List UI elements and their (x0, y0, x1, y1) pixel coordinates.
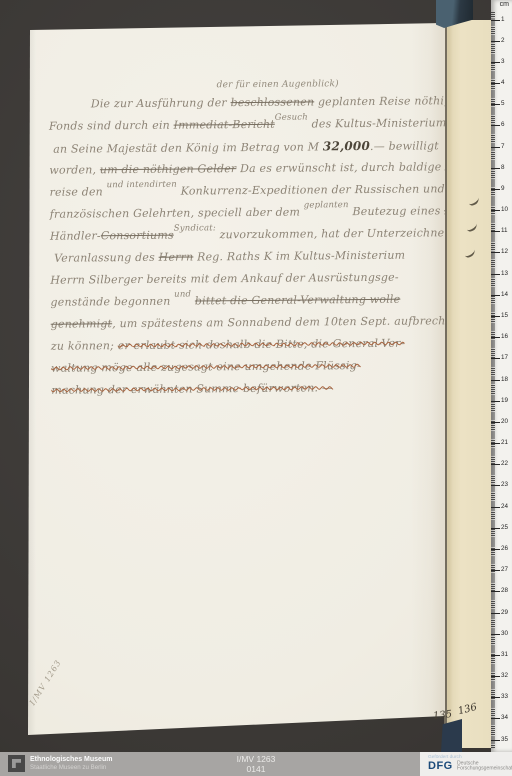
manuscript-segment: .— bewilligt (370, 139, 439, 153)
manuscript-line: machung der erwähnten Summe befürworten.… (51, 380, 449, 405)
ruler-cm-label: 28 (501, 588, 508, 594)
dfg-funded-by-label: Gefördert durch (428, 755, 495, 760)
next-page-edge (444, 20, 494, 748)
ruler-cm-tick: 15 (491, 316, 500, 317)
ruler-cm-tick: 35 (491, 740, 500, 741)
manuscript-struck-text: machung der erwähnten Summe befürworten.… (51, 381, 333, 396)
dfg-logo-row: DFG Deutsche Forschungsgemeinschaft (428, 760, 512, 772)
manuscript-segment: zuvorzukommen, hat der Unterzeichnete au… (216, 226, 478, 241)
manuscript-segment: an Seine Majestät den König im Betrag vo… (53, 140, 323, 155)
ruler-cm-tick: 23 (491, 485, 500, 486)
ruler-cm-label: 33 (501, 694, 508, 700)
ruler-cm-tick: 4 (491, 83, 500, 84)
ruler-cm-label: 29 (501, 609, 508, 615)
manuscript-struck-text: genehmigt (51, 317, 113, 331)
ruler-cm-label: 30 (501, 630, 508, 636)
manuscript-segment: des Kultus-Ministeriums (308, 116, 452, 130)
ruler-cm-label: 32 (501, 672, 508, 678)
ruler-cm-label: 19 (501, 397, 508, 403)
ruler-cm-label: 14 (501, 291, 508, 297)
ruler-cm-tick: 29 (491, 613, 500, 614)
manuscript-segment: , um spätestens am Sonnabend dem 10ten S… (112, 314, 459, 330)
manuscript-segment: genstände begonnen (50, 295, 174, 309)
ruler-cm-tick: 8 (491, 168, 500, 169)
ruler-cm-tick: 21 (491, 443, 500, 444)
ruler-cm-tick: 3 (491, 62, 500, 63)
manuscript-segment: Die zur Ausführung der (91, 96, 231, 110)
manuscript-segment: Reg. Raths K im Kultus-Ministerium (193, 249, 405, 264)
ruler-cm-label: 35 (501, 736, 508, 742)
ruler: cm 1234567891011121314151617181920212223… (491, 0, 512, 752)
ruler-cm-label: 20 (501, 418, 508, 424)
manuscript-page: der für einen Augenblick)Die zur Ausführ… (28, 23, 445, 735)
ruler-cm-label: 13 (501, 270, 508, 276)
ruler-cm-tick: 28 (491, 591, 500, 592)
ruler-cm-tick: 22 (491, 464, 500, 465)
manuscript-segment: Händler- (50, 229, 101, 242)
manuscript-segment: Beutezug eines (349, 204, 445, 218)
scan-photograph: der für einen Augenblick)Die zur Ausführ… (0, 0, 512, 752)
ruler-cm-label: 5 (501, 101, 505, 107)
manuscript-struck-text: Herrn (159, 250, 194, 263)
manuscript-segment: der für einen Augenblick) (217, 79, 339, 90)
ruler-cm-label: 31 (501, 651, 508, 657)
ruler-cm-label: 16 (501, 334, 508, 340)
ruler-cm-tick: 34 (491, 718, 500, 719)
ruler-cm-tick: 1 (491, 20, 500, 21)
manuscript-struck-text: er erlaubt sich deshalb die Bitte, die G… (118, 337, 405, 353)
ruler-cm-tick: 6 (491, 125, 500, 126)
ruler-cm-label: 6 (501, 122, 505, 128)
manuscript-segment: Veranlassung des (54, 251, 159, 265)
ruler-cm-label: 18 (501, 376, 508, 382)
manuscript-segment: geplanten Reise nöthigen (314, 94, 465, 108)
ruler-cm-tick: 32 (491, 676, 500, 677)
ruler-cm-tick: 10 (491, 210, 500, 211)
manuscript-struck-text: waltung möge alle zugesagt eine umgehend… (51, 359, 361, 375)
ruler-cm-label: 23 (501, 482, 508, 488)
ruler-cm-tick: 17 (491, 358, 500, 359)
ruler-cm-label: 21 (501, 439, 508, 445)
manuscript-segment: und intendirten (107, 180, 177, 191)
manuscript-segment: Syndicat: (174, 223, 216, 233)
marginal-ink-stroke (467, 194, 481, 207)
ruler-cm-tick: 30 (491, 634, 500, 635)
manuscript-segment: und (174, 290, 191, 300)
ruler-cm-tick: 11 (491, 231, 500, 232)
manuscript-segment: worden, (49, 163, 100, 176)
manuscript-segment: Da es erwünscht ist, durch baldige Ab- (236, 160, 464, 175)
ruler-cm-label: 25 (501, 524, 508, 530)
manuscript-segment: geplanten (304, 200, 349, 210)
ruler-cm-tick: 14 (491, 295, 500, 296)
ruler-cm-label: 27 (501, 567, 508, 573)
ruler-cm-tick: 18 (491, 380, 500, 381)
ruler-cm-tick: 24 (491, 507, 500, 508)
marginal-ink-stroke (465, 220, 479, 233)
ruler-cm-tick: 20 (491, 422, 500, 423)
ruler-cm-tick: 26 (491, 549, 500, 550)
ruler-cm-tick: 7 (491, 147, 500, 148)
dfg-logo-box: Gefördert durch DFG Deutsche Forschungsg… (420, 752, 512, 776)
manuscript-segment: französischen Gelehrten, speciell aber d… (50, 206, 304, 221)
ruler-cm-tick: 5 (491, 104, 500, 105)
manuscript-struck-text: Consortiums (101, 229, 174, 243)
manuscript-struck-text: bittet die General-Verwaltung wolle (195, 293, 401, 308)
ruler-cm-label: 26 (501, 545, 508, 551)
ruler-cm-tick: 12 (491, 252, 500, 253)
footer-bar: Ethnologisches Museum Staatliche Museen … (0, 752, 512, 776)
ruler-cm-label: 1 (501, 16, 505, 22)
manuscript-segment: Fonds sind durch ein (49, 119, 174, 133)
marginal-ink-stroke (463, 246, 477, 259)
ruler-cm-label: 24 (501, 503, 508, 509)
manuscript-segment: reise den (50, 185, 107, 198)
ruler-cm-label: 15 (501, 312, 508, 318)
ruler-cm-label: 3 (501, 58, 505, 64)
binding-cloth-bottom (441, 719, 462, 752)
manuscript-segment: zu können; (51, 339, 118, 353)
ruler-cm-tick: 9 (491, 189, 500, 190)
ruler-cm-label: 22 (501, 461, 508, 467)
ruler-cm-label: 12 (501, 249, 508, 255)
ruler-cm-label: 10 (501, 206, 508, 212)
manuscript-segment: 32,000 (323, 139, 370, 153)
manuscript-struck-text: beschlossenen (230, 95, 314, 109)
manuscript-struck-text: um die nöthigen Gelder (100, 162, 237, 176)
ruler-cm-tick: 2 (491, 41, 500, 42)
manuscript-segment: Herrn Silberger bereits mit dem Ankauf d… (50, 271, 399, 287)
ruler-cm-tick: 31 (491, 655, 500, 656)
ruler-cm-tick: 27 (491, 570, 500, 571)
ruler-cm-tick: 33 (491, 697, 500, 698)
ruler-cm-label: 9 (501, 185, 505, 191)
page-number-135: 135 (432, 709, 452, 722)
manuscript-struck-text: Immediat-Bericht (174, 118, 275, 132)
manuscript-segment: Gesuch (275, 112, 308, 122)
ruler-cm-tick: 19 (491, 401, 500, 402)
ruler-unit-label: cm (500, 1, 509, 8)
dfg-org-name-line2: Forschungsgemeinschaft (457, 766, 512, 771)
dfg-org-name: Deutsche Forschungsgemeinschaft (457, 761, 512, 771)
ruler-cm-label: 17 (501, 355, 508, 361)
dfg-logo: DFG (428, 760, 453, 772)
ruler-cm-label: 34 (501, 715, 508, 721)
manuscript-text: der für einen Augenblick)Die zur Ausführ… (49, 78, 450, 405)
ruler-cm-label: 8 (501, 164, 505, 170)
digitized-archive-scan: der für einen Augenblick)Die zur Ausführ… (0, 0, 512, 776)
ruler-cm-label: 2 (501, 37, 505, 43)
ruler-cm-label: 11 (501, 228, 508, 234)
manuscript-segment: Konkurrenz-Expeditionen der Russischen u… (177, 182, 468, 198)
ruler-cm-tick: 13 (491, 274, 500, 275)
ruler-cm-tick: 25 (491, 528, 500, 529)
ruler-cm-tick: 16 (491, 337, 500, 338)
ruler-cm-label: 7 (501, 143, 505, 149)
ruler-cm-label: 4 (501, 79, 505, 85)
